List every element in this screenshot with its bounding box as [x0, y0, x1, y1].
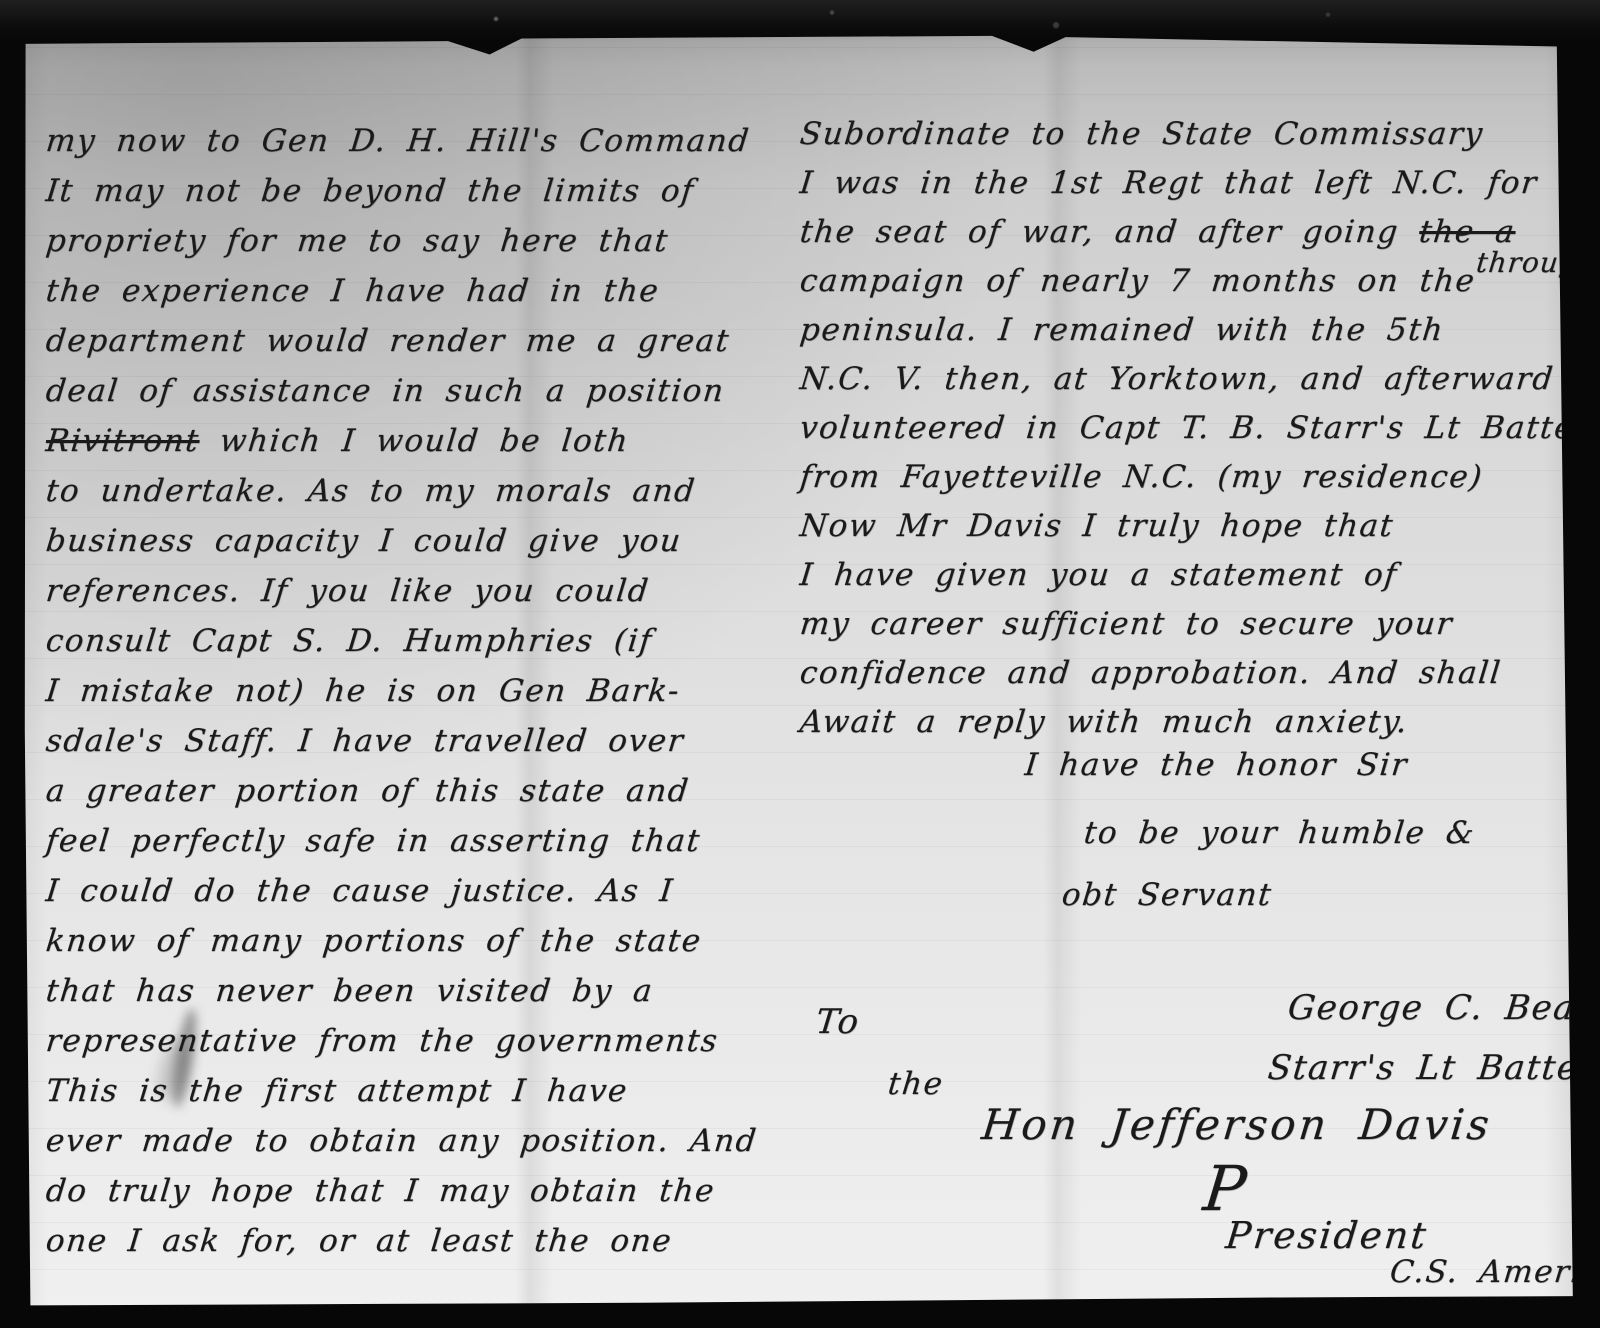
manuscript-line: department would render me a great	[43, 316, 759, 366]
scanned-manuscript-letter: my now to Gen D. H. Hill's Command It ma…	[0, 0, 1600, 1328]
manuscript-line: volunteered in Capt T. B. Starr's Lt Bat…	[797, 404, 1600, 453]
address-title: President	[1224, 1214, 1431, 1257]
line-text: the seat of war, and after going	[798, 214, 1421, 250]
closing-line: to be your humble &	[1082, 815, 1477, 851]
manuscript-line: ever made to obtain any position. And	[43, 1116, 759, 1166]
manuscript-line: representative from the governments	[43, 1016, 759, 1066]
line-text: which I would be loth	[218, 423, 631, 459]
signature-name: George C. Beasley	[1286, 988, 1600, 1028]
manuscript-line: I could do the cause justice. As I	[43, 866, 759, 916]
manuscript-line: sdale's Staff. I have travelled over	[43, 716, 759, 766]
manuscript-line: It may not be beyond the limits of	[43, 166, 759, 216]
manuscript-line: the experience I have had in the	[43, 266, 759, 316]
manuscript-line-with-strikethrough: Rivitront which I would be loth	[43, 416, 759, 466]
manuscript-line: propriety for me to say here that	[43, 216, 759, 266]
manuscript-line: I mistake not) he is on Gen Bark-	[43, 666, 759, 716]
closing-line: I have the honor Sir	[1023, 747, 1410, 783]
address-recipient: Hon Jefferson Davis	[979, 1100, 1494, 1149]
struck-word: Rivitront	[44, 423, 201, 459]
manuscript-line: my now to Gen D. H. Hill's Command	[43, 116, 759, 166]
manuscript-line: do truly hope that I may obtain the	[43, 1166, 759, 1216]
manuscript-line: I have given you a statement of	[797, 551, 1600, 600]
manuscript-line: my career sufficient to secure your	[797, 600, 1600, 649]
manuscript-line: Await a reply with much anxiety.	[797, 698, 1600, 747]
address-to: To	[814, 1002, 862, 1042]
manuscript-line: one I ask for, or at least the one	[43, 1216, 759, 1266]
right-page-column: Subordinate to the State Commissary I wa…	[800, 110, 1600, 747]
manuscript-line: Now Mr Davis I truly hope that	[797, 502, 1600, 551]
left-page-column: my now to Gen D. H. Hill's Command It ma…	[46, 116, 757, 1266]
manuscript-line: business capacity I could give you	[43, 516, 759, 566]
manuscript-line: references. If you like you could	[43, 566, 759, 616]
manuscript-line: to undertake. As to my morals and	[43, 466, 759, 516]
manuscript-line: that has never been visited by a	[43, 966, 759, 1016]
manuscript-line: N.C. V. then, at Yorktown, and afterward	[797, 355, 1600, 404]
manuscript-line: confidence and approbation. And shall	[797, 649, 1600, 698]
manuscript-line: This is the first attempt I have	[43, 1066, 759, 1116]
manuscript-line: deal of assistance in such a position	[43, 366, 759, 416]
manuscript-line: peninsula. I remained with the 5th	[797, 306, 1600, 355]
letter-page: my now to Gen D. H. Hill's Command It ma…	[0, 0, 1600, 1328]
manuscript-line: from Fayetteville N.C. (my residence)	[797, 453, 1600, 502]
manuscript-line: I was in the 1st Regt that left N.C. for	[797, 159, 1600, 208]
manuscript-line: a greater portion of this state and	[43, 766, 759, 816]
manuscript-line: campaign of nearly 7 months on the	[797, 257, 1600, 306]
manuscript-line: Subordinate to the State Commissary	[797, 110, 1600, 159]
manuscript-line: know of many portions of the state	[43, 916, 759, 966]
closing-line: obt Servant	[1060, 877, 1274, 913]
manuscript-line: feel perfectly safe in asserting that	[43, 816, 759, 866]
manuscript-line: consult Capt S. D. Humphries (if	[43, 616, 759, 666]
address-the: the	[886, 1066, 945, 1102]
manuscript-line-with-strikethrough: the seat of war, and after going the ath…	[797, 208, 1600, 257]
address-country: C.S. America	[1388, 1254, 1600, 1290]
signature-unit: Starr's Lt Battery	[1266, 1048, 1600, 1088]
